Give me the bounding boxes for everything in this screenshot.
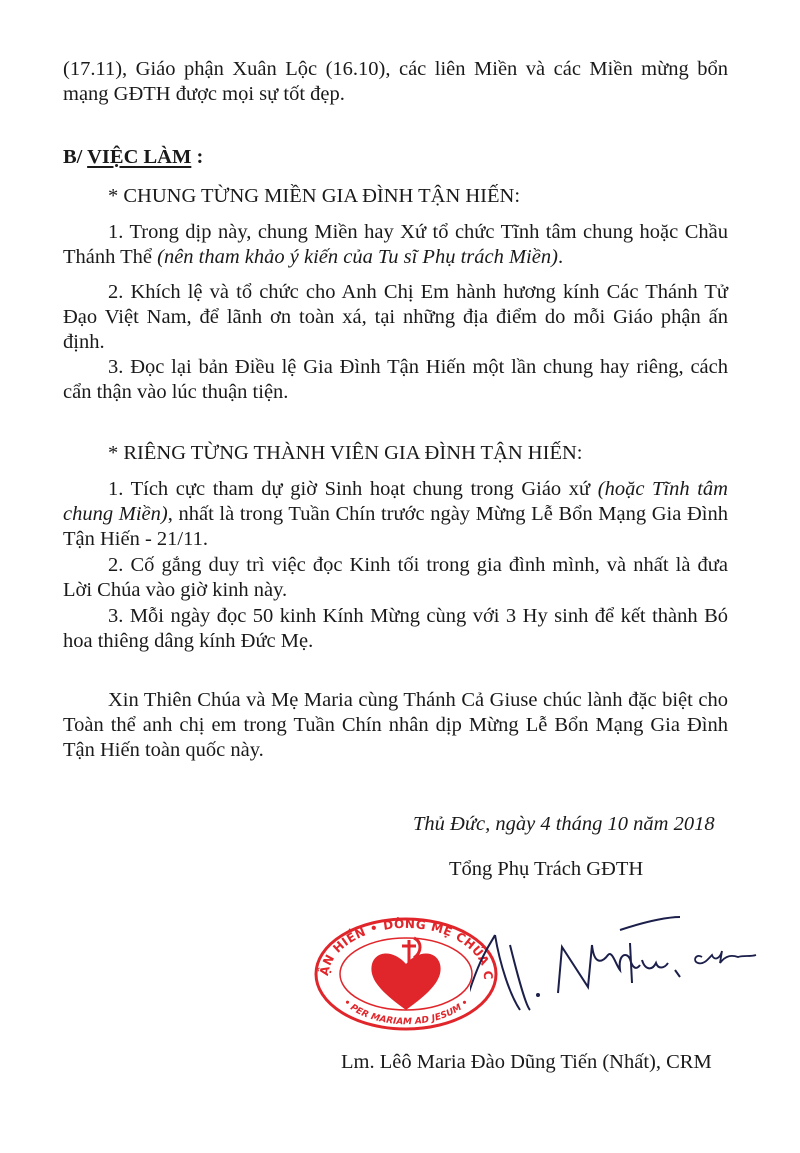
group2-item-3: 3. Mỗi ngày đọc 50 kinh Kính Mừng cùng v… [63,604,728,654]
intro-paragraph: (17.11), Giáo phận Xuân Lộc (16.10), các… [63,57,728,107]
group1-heading: * CHUNG TỪNG MIỀN GIA ĐÌNH TẬN HIẾN: [63,184,728,209]
group1-item-1-after: . [558,246,563,268]
group2-item-1-text: 1. Tích cực tham dự giờ Sinh hoạt chung … [108,478,598,500]
section-b-prefix: B/ [63,146,87,168]
group1-item-2: 2. Khích lệ và tổ chức cho Anh Chị Em hà… [63,280,728,355]
group2-heading: * RIÊNG TỪNG THÀNH VIÊN GIA ĐÌNH TẬN HIẾ… [63,441,728,466]
group2-item-2: 2. Cố gắng duy trì việc đọc Kinh tối tro… [63,553,728,603]
place-date: Thủ Đức, ngày 4 tháng 10 năm 2018 [413,812,715,837]
signer-name: Lm. Lêô Maria Đào Dũng Tiến (Nhất), CRM [341,1050,712,1075]
svg-text:Nhất, crm: Nhất, crm [470,915,535,919]
group1-item-1: 1. Trong dịp này, chung Miền hay Xứ tổ c… [63,220,728,270]
section-b-heading: B/ VIỆC LÀM : [63,145,728,170]
section-b-title: VIỆC LÀM [87,146,191,168]
group1-item-3: 3. Đọc lại bản Điều lệ Gia Đình Tận Hiến… [63,355,728,405]
section-b-suffix: : [191,146,203,168]
signature-icon: Nhất, crm [470,915,770,1025]
group2-item-1: 1. Tích cực tham dự giờ Sinh hoạt chung … [63,477,728,552]
signer-role: Tổng Phụ Trách GĐTH [449,857,643,882]
closing-paragraph: Xin Thiên Chúa và Mẹ Maria cùng Thánh Cả… [63,688,728,763]
group1-item-1-italic: (nên tham khảo ý kiến của Tu sĩ Phụ trác… [157,246,558,268]
